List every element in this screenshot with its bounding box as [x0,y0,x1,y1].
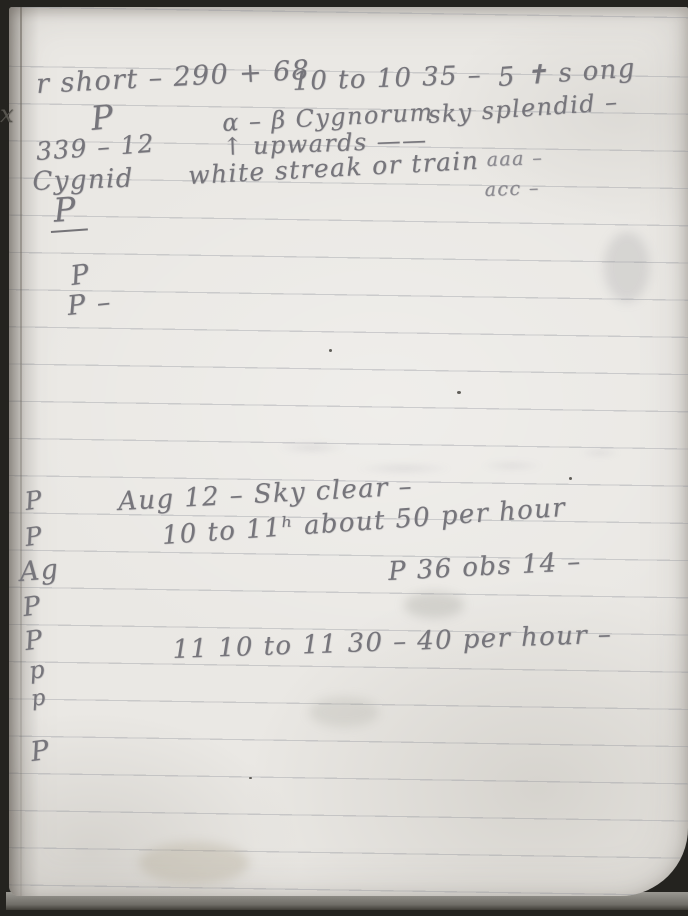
hw-p-row2: P [23,521,45,552]
hw-ag: Ag [18,554,60,588]
margin-x-mark: x [0,100,14,128]
hw-p-row6: p [30,685,49,712]
hw-p-row1: P [23,485,45,516]
hw-p-mid1: P [69,259,93,292]
hw-acc: acc – [484,177,540,201]
paper-speck [329,349,332,352]
hw-p-mid2: P – [66,287,113,322]
hw-aaa: aaa – [486,147,543,171]
hw-p-last: P [29,735,53,768]
paper-stain [404,592,464,618]
hw-p-underlined: P [48,189,87,233]
paper-speck [569,477,572,480]
binding-crease [20,7,22,896]
paper-speck [249,777,252,779]
notebook-page: r short – 290 + 68 10 to 10 35 – 5 ✝ s o… [9,7,688,896]
hw-p-row3: P [21,591,44,623]
paper-stain [309,697,379,727]
notebook-scan: x r short – 290 + 68 10 to 10 35 – 5 ✝ s… [0,0,688,916]
paper-stain [604,232,650,302]
hw-p-row4: P [23,625,46,657]
paper-speck [457,391,461,394]
hw-p-row5: p [27,655,47,685]
paper-stain [139,842,249,884]
